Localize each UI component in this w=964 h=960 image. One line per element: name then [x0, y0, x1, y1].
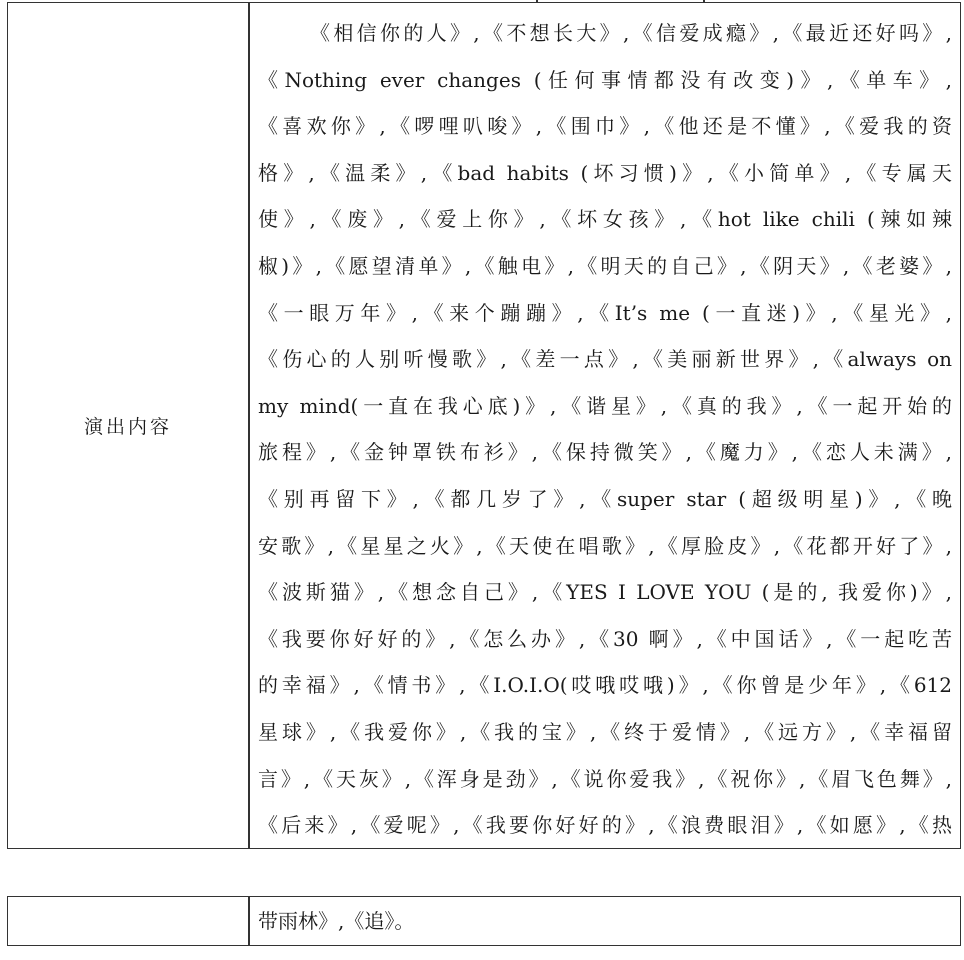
column-divider [248, 896, 250, 946]
label-text: 演出内容 [84, 412, 172, 439]
content-line: 《波斯猫》,《想念自己》,《YES I LOVE YOU (是的, 我爱你)》, [258, 569, 952, 616]
content-line: my mind(一直在我心底)》,《谐星》,《真的我》,《一起开始的 [258, 383, 952, 430]
content-line: 言》,《天灰》,《浑身是劲》,《说你爱我》,《祝你》,《眉飞色舞》, [258, 756, 952, 803]
content-line: 《喜欢你》,《啰哩叭唆》,《围巾》,《他还是不懂》,《爱我的资 [258, 103, 952, 150]
content-line: 格》,《温柔》,《bad habits (坏习惯)》,《小简单》,《专属天 [258, 150, 952, 197]
content-line: 《伤心的人别听慢歌》,《差一点》,《美丽新世界》,《always on [258, 336, 952, 383]
content-line: 旅程》,《金钟罩铁布衫》,《保持微笑》,《魔力》,《恋人未满》, [258, 429, 952, 476]
continuation-content-cell: 带雨林》,《追》。 [258, 898, 952, 944]
content-line: 使》,《废》,《爱上你》,《坏女孩》,《hot like chili (辣如辣 [258, 196, 952, 243]
content-line: 《Nothing ever changes (任何事情都没有改变)》,《单车》, [258, 57, 952, 104]
content-line: 安歌》,《星星之火》,《天使在唱歌》,《厚脸皮》,《花都开好了》, [258, 523, 952, 570]
content-line: 带雨林》,《追》。 [258, 898, 952, 944]
content-line: 《一眼万年》,《来个蹦蹦》,《It’s me (一直迷)》,《星光》, [258, 290, 952, 337]
content-line: 《相信你的人》,《不想长大》,《信爱成瘾》,《最近还好吗》, [258, 10, 952, 57]
content-cell: 《相信你的人》,《不想长大》,《信爱成瘾》,《最近还好吗》, 《Nothing … [258, 10, 952, 849]
content-line: 《后来》,《爱呢》,《我要你好好的》,《浪费眼泪》,《如愿》,《热 [258, 802, 952, 849]
content-line: 椒)》,《愿望清单》,《触电》,《明天的自己》,《阴天》,《老婆》, [258, 243, 952, 290]
content-line: 星球》,《我爱你》,《我的宝》,《终于爱情》,《远方》,《幸福留 [258, 709, 952, 756]
content-line: 《别再留下》,《都几岁了》,《super star (超级明星)》,《晚 [258, 476, 952, 523]
content-line: 《我要你好好的》,《怎么办》,《30 啊》,《中国话》,《一起吃苦 [258, 616, 952, 663]
label-cell-performance-content: 演出内容 [7, 2, 249, 849]
content-line: 的幸福》,《情书》,《I.O.I.O(哎哦哎哦)》,《你曾是少年》,《612 [258, 662, 952, 709]
